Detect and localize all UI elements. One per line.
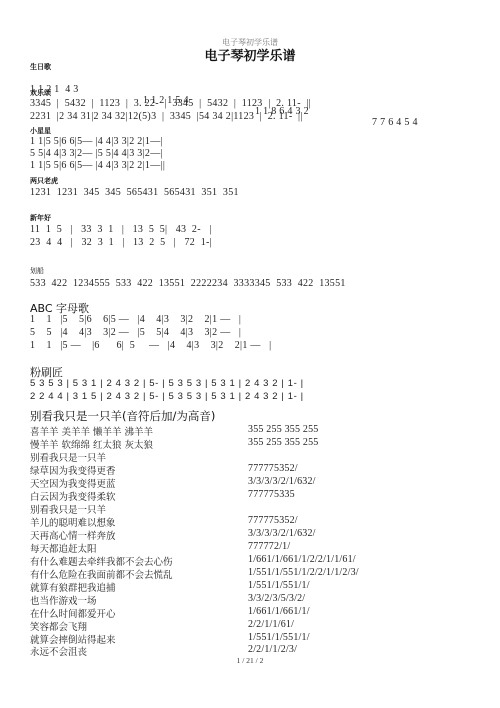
two-tigers-line: 1231 1231 345 345 565431 565431 351 351 xyxy=(30,187,239,198)
note-line: 2/2/1/1/2/3/ xyxy=(248,644,297,655)
lyric-line: 别看我只是一只羊 xyxy=(30,502,106,516)
ode-line: 2231 |2 34 31|2 34 32|12(5)3 | 3345 |54 … xyxy=(30,111,303,122)
song-title-little-sheep: 别看我只是一只羊(音符后加/为高音) xyxy=(30,408,215,424)
song-title-new-year: 新年好 xyxy=(30,213,51,223)
note-line: 3/3/3/3/2/1/632/ xyxy=(248,476,316,487)
note-line: 3/3/2/3/5/3/2/ xyxy=(248,593,305,604)
note-line: 1/551/1/551/1/ xyxy=(248,632,310,643)
lyric-line: 羊儿的聪明难以想象 xyxy=(30,515,116,529)
song-title-ode-to-joy: 欢乐颂 xyxy=(30,88,51,98)
twinkle-line: 1 1|5 5|6 6|5— |4 4|3 3|2 2|1—|| xyxy=(30,160,165,171)
row-boat-line: 533 422 1234555 533 422 13551 2222234 33… xyxy=(30,278,346,289)
page-indicator: 1 / 21 / 2 xyxy=(0,656,500,665)
note-line: 777775352/ xyxy=(248,515,298,526)
song-title-birthday: 生日歌 xyxy=(30,62,51,72)
note-line: 777772/1/ xyxy=(248,541,290,552)
new-year-line: 11 1 5 | 33 3 1 | 13 5 5| 43 2- | xyxy=(30,224,212,235)
twinkle-line: 5 5|4 4|3 3|2— |5 5|4 4|3 3|2—| xyxy=(30,148,163,159)
note-line: 1/661/1/661/1/2/2/1/1/61/ xyxy=(248,554,356,565)
lyric-line: 也当作游戏一场 xyxy=(30,593,97,607)
lyric-line: 天再高心情一样奔放 xyxy=(30,528,116,542)
new-year-line: 23 4 4 | 32 3 1 | 13 2 5 | 72 1-| xyxy=(30,237,212,248)
page-title: 电子琴初学乐谱 xyxy=(0,45,500,64)
note-line: 3/3/3/3/2/1/632/ xyxy=(248,528,316,539)
lyric-line: 在什么时间都爱开心 xyxy=(30,606,116,620)
note-line: 355 255 355 255 xyxy=(248,437,319,448)
birthday-notes: 1 1 2 1 4 3 1 1 2 1 5 4 1 1 8 6 4 3 2 7 … xyxy=(0,73,500,85)
lyric-line: 绿草因为我变得更香 xyxy=(30,463,116,477)
lyric-line: 天空因为我变得更蓝 xyxy=(30,476,116,490)
song-title-row-boat: 划船 xyxy=(30,266,44,276)
lyric-line: 有什么危险在我面前都不会去慌乱 xyxy=(30,567,173,581)
lyric-line: 就算有狼群把我追捕 xyxy=(30,580,116,594)
note-line: 777775352/ xyxy=(248,463,298,474)
painter-line: 2 2 4 4 | 3 1 5 | 2 4 3 2 | 5- | 5 3 5 3… xyxy=(30,391,304,402)
abc-line: 1 1 |5 — |6 6| 5 — |4 4|3 3|2 2|1 — | xyxy=(30,340,271,351)
note-line: 2/2/1/1/61/ xyxy=(248,619,294,630)
note-line: 777775335 xyxy=(248,489,295,500)
abc-line: 5 5 |4 4|3 3|2 — |5 5|4 4|3 3|2 — | xyxy=(30,327,241,338)
twinkle-line: 1 1|5 5|6 6|5— |4 4|3 3|2 2|1—| xyxy=(30,136,163,147)
note-line: 1/551/1/551/1/2/2/1/1/2/3/ xyxy=(248,567,359,578)
document-page: 电子琴初学乐谱 电子琴初学乐谱 生日歌 1 1 2 1 4 3 1 1 2 1 … xyxy=(0,0,500,708)
lyric-line: 喜羊羊 美羊羊 懒羊羊 沸羊羊 xyxy=(30,424,153,438)
song-title-twinkle: 小星星 xyxy=(30,126,51,136)
lyric-line: 慢羊羊 软绵绵 红太狼 灰太狼 xyxy=(30,437,153,451)
note-line: 355 255 355 255 xyxy=(248,424,319,435)
lyric-line: 别看我只是一只羊 xyxy=(30,450,106,464)
lyric-line: 白云因为我变得柔软 xyxy=(30,489,116,503)
lyric-line: 每天都追赶太阳 xyxy=(30,541,97,555)
painter-line: 5 3 5 3 | 5 3 1 | 2 4 3 2 | 5- | 5 3 5 3… xyxy=(30,378,304,389)
lyric-line: 笑容都会飞翔 xyxy=(30,619,87,633)
note-line: 1/551/1/551/1/ xyxy=(248,580,310,591)
lyric-line: 有什么难题去牵绊我都不会去心伤 xyxy=(30,554,173,568)
birthday-phrase: 7 7 6 4 5 4 xyxy=(372,117,418,128)
song-title-two-tigers: 两只老虎 xyxy=(30,176,58,186)
ode-line: 3345 | 5432 | 1123 | 3. 22- | 3345 | 543… xyxy=(30,98,311,109)
note-line: 1/661/1/661/1/ xyxy=(248,606,310,617)
abc-line: 1 1 |5 5|6 6|5 — |4 4|3 3|2 2|1 — | xyxy=(30,314,241,325)
